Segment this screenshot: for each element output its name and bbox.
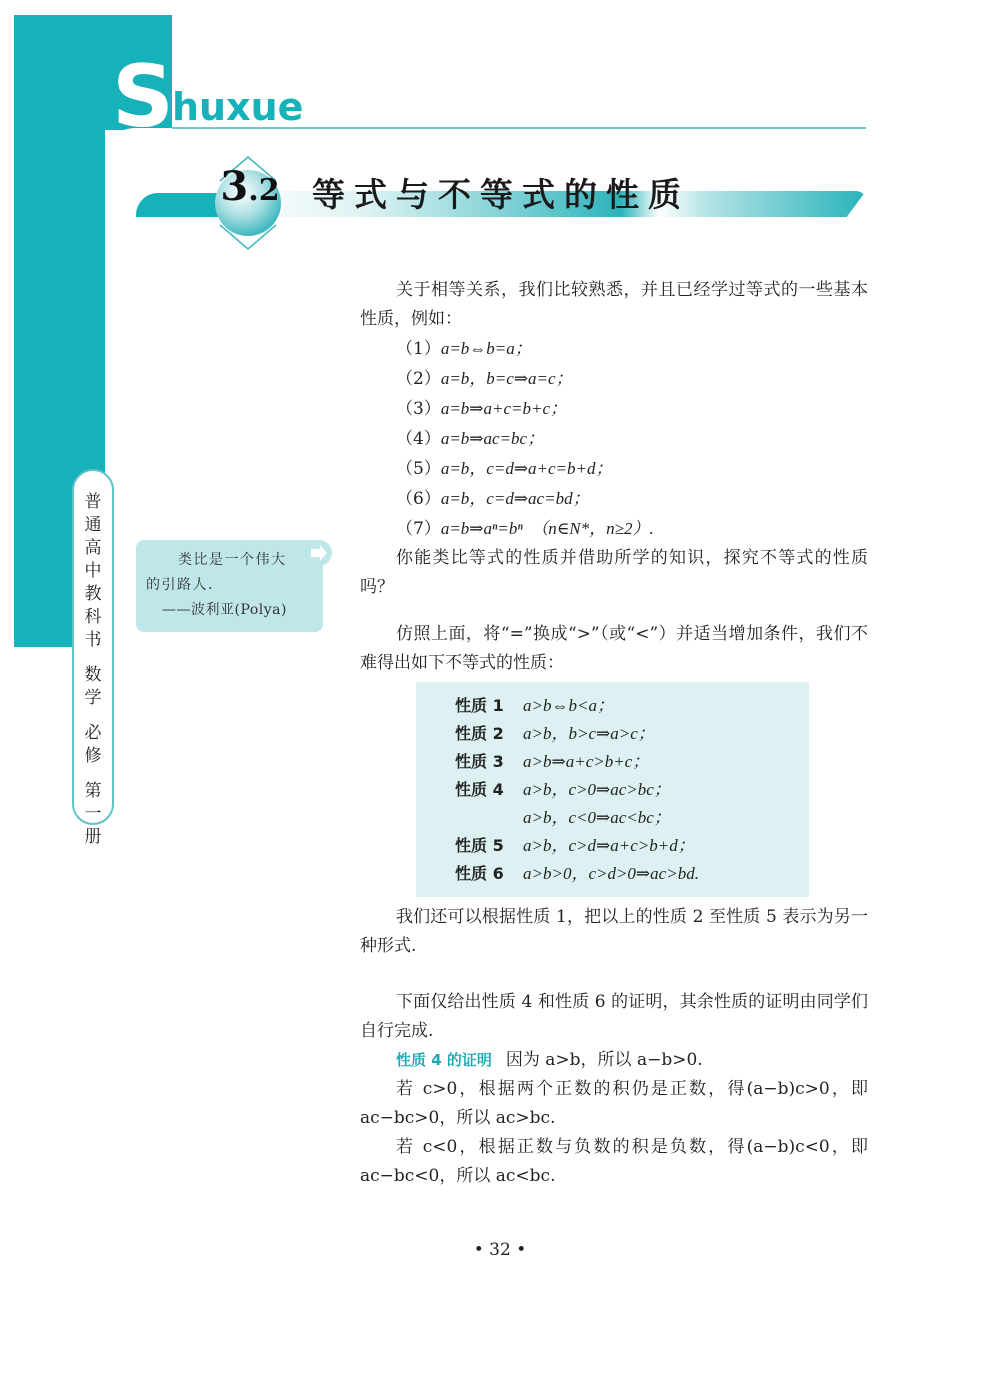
- side-note-quote: 类比是一个伟大 的引路人. ——波利亚(Polya): [146, 548, 306, 623]
- property-label: 性质 3: [455, 748, 523, 776]
- property-expression: a>b⇔b<a；: [523, 692, 614, 720]
- spine-char: [74, 652, 112, 664]
- intro-paragraph: 关于相等关系，我们比较熟悉，并且已经学过等式的一些基本性质，例如：: [360, 276, 868, 334]
- property-expression: a>b，c>0⇒ac>bc；: [523, 776, 671, 804]
- property-row: 性质 5a>b，c>d⇒a+c>b+d；: [455, 832, 699, 860]
- equality-expression: a=b⇒aⁿ=bⁿ （n∈N*，n≥2）.: [441, 519, 654, 538]
- property-label: 性质 5: [455, 832, 523, 860]
- header-rule: [172, 127, 866, 129]
- spine-char: 科: [74, 606, 112, 629]
- property-expression: a>b，b>c⇒a>c；: [523, 720, 655, 748]
- equality-item: （7）a=b⇒aⁿ=bⁿ （n∈N*，n≥2）.: [360, 514, 868, 544]
- equality-number: （7）: [396, 519, 441, 539]
- spine-char: 高: [74, 537, 112, 560]
- book-spine-label: 普通高中教科书数学必修第一册: [72, 469, 114, 825]
- spine-char: 书: [74, 629, 112, 652]
- spine-char: 必: [74, 722, 112, 745]
- section-number: 3.2: [210, 167, 290, 207]
- section-title: 等式与不等式的性质: [312, 178, 690, 211]
- property-row: 性质 6a>b>0，c>d>0⇒ac>bd.: [455, 860, 699, 888]
- question-paragraph: 你能类比等式的性质并借助所学的知识，探究不等式的性质吗？: [360, 544, 868, 602]
- property-row: a>b，c<0⇒ac<bc；: [455, 804, 699, 832]
- property-expression: a>b⇒a+c>b+c；: [523, 748, 649, 776]
- property-label: [455, 804, 523, 832]
- property-label: 性质 4: [455, 776, 523, 804]
- property-label: 性质 1: [455, 692, 523, 720]
- proof-intro-paragraph: 下面仅给出性质 4 和性质 6 的证明，其余性质的证明由同学们自行完成.: [360, 988, 868, 1046]
- equality-item: （6）a=b，c=d⇒ac=bd；: [360, 484, 868, 514]
- inequality-properties-list: 性质 1a>b⇔b<a；性质 2a>b，b>c⇒a>c；性质 3a>b⇒a+c>…: [455, 692, 699, 888]
- property-row: 性质 1a>b⇔b<a；: [455, 692, 699, 720]
- equality-item: （2）a=b，b=c⇒a=c；: [360, 364, 868, 394]
- logo-initial: S: [112, 54, 172, 140]
- equality-expression: a=b，c=d⇒ac=bd；: [441, 489, 590, 508]
- equality-expression: a=b，b=c⇒a=c；: [441, 369, 573, 388]
- equality-number: （2）: [396, 369, 441, 389]
- arrow-right-icon: [304, 538, 334, 568]
- equality-number: （6）: [396, 489, 441, 509]
- equality-item: （1）a=b⇔b=a；: [360, 334, 868, 364]
- spine-char: [74, 710, 112, 722]
- spine-char: 修: [74, 745, 112, 768]
- property-row: 性质 2a>b，b>c⇒a>c；: [455, 720, 699, 748]
- proof-first-line: 性质 4 的证明因为 a>b，所以 a−b>0.: [360, 1046, 868, 1075]
- spine-char: 册: [74, 826, 112, 849]
- equality-number: （4）: [396, 429, 441, 449]
- spine-char: 普: [74, 491, 112, 514]
- transition-section: 仿照上面，将“=”换成“>”（或“<”）并适当增加条件，我们不难得出如下不等式的…: [360, 620, 868, 678]
- spine-char: 中: [74, 560, 112, 583]
- equality-item: （5）a=b，c=d⇒a+c=b+d；: [360, 454, 868, 484]
- equality-expression: a=b⇒a+c=b+c；: [441, 399, 567, 418]
- property-expression: a>b>0，c>d>0⇒ac>bd.: [523, 860, 699, 888]
- spine-char: 教: [74, 583, 112, 606]
- property-expression: a>b，c<0⇒ac<bc；: [523, 804, 671, 832]
- spine-char: 通: [74, 514, 112, 537]
- equality-item: （4）a=b⇒ac=bc；: [360, 424, 868, 454]
- equality-number: （1）: [396, 339, 441, 359]
- proof-section: 下面仅给出性质 4 和性质 6 的证明，其余性质的证明由同学们自行完成. 性质 …: [360, 988, 868, 1191]
- logo-text: huxue: [172, 88, 303, 126]
- proof-label: 性质 4 的证明: [396, 1051, 492, 1069]
- equality-item: （3）a=b⇒a+c=b+c；: [360, 394, 868, 424]
- property-label: 性质 2: [455, 720, 523, 748]
- equality-number: （5）: [396, 459, 441, 479]
- proof-case-negative: 若 c<0，根据正数与负数的积是负数，得(a−b)c<0，即 ac−bc<0，所…: [360, 1133, 868, 1191]
- property-expression: a>b，c>d⇒a+c>b+d；: [523, 832, 695, 860]
- proof-case-positive: 若 c>0，根据两个正数的积仍是正数，得(a−b)c>0，即 ac−bc>0，所…: [360, 1075, 868, 1133]
- spine-char: 数: [74, 664, 112, 687]
- remark-section: 我们还可以根据性质 1，把以上的性质 2 至性质 5 表示为另一种形式.: [360, 903, 868, 961]
- equality-list: （1）a=b⇔b=a；（2）a=b，b=c⇒a=c；（3）a=b⇒a+c=b+c…: [360, 334, 868, 544]
- spine-char: 一: [74, 803, 112, 826]
- spine-char: [74, 768, 112, 780]
- equality-expression: a=b⇔b=a；: [441, 339, 532, 358]
- intro-section: 关于相等关系，我们比较熟悉，并且已经学过等式的一些基本性质，例如： （1）a=b…: [360, 276, 868, 602]
- equality-expression: a=b，c=d⇒a+c=b+d；: [441, 459, 613, 478]
- book-title-vertical: 普通高中教科书数学必修第一册: [74, 491, 112, 849]
- transition-paragraph: 仿照上面，将“=”换成“>”（或“<”）并适当增加条件，我们不难得出如下不等式的…: [360, 620, 868, 678]
- equality-expression: a=b⇒ac=bc；: [441, 429, 544, 448]
- remark-paragraph: 我们还可以根据性质 1，把以上的性质 2 至性质 5 表示为另一种形式.: [360, 903, 868, 961]
- spine-char: 第: [74, 780, 112, 803]
- page-number: • 32 •: [460, 1240, 540, 1260]
- property-row: 性质 4a>b，c>0⇒ac>bc；: [455, 776, 699, 804]
- equality-number: （3）: [396, 399, 441, 419]
- spine-char: 学: [74, 687, 112, 710]
- property-row: 性质 3a>b⇒a+c>b+c；: [455, 748, 699, 776]
- property-label: 性质 6: [455, 860, 523, 888]
